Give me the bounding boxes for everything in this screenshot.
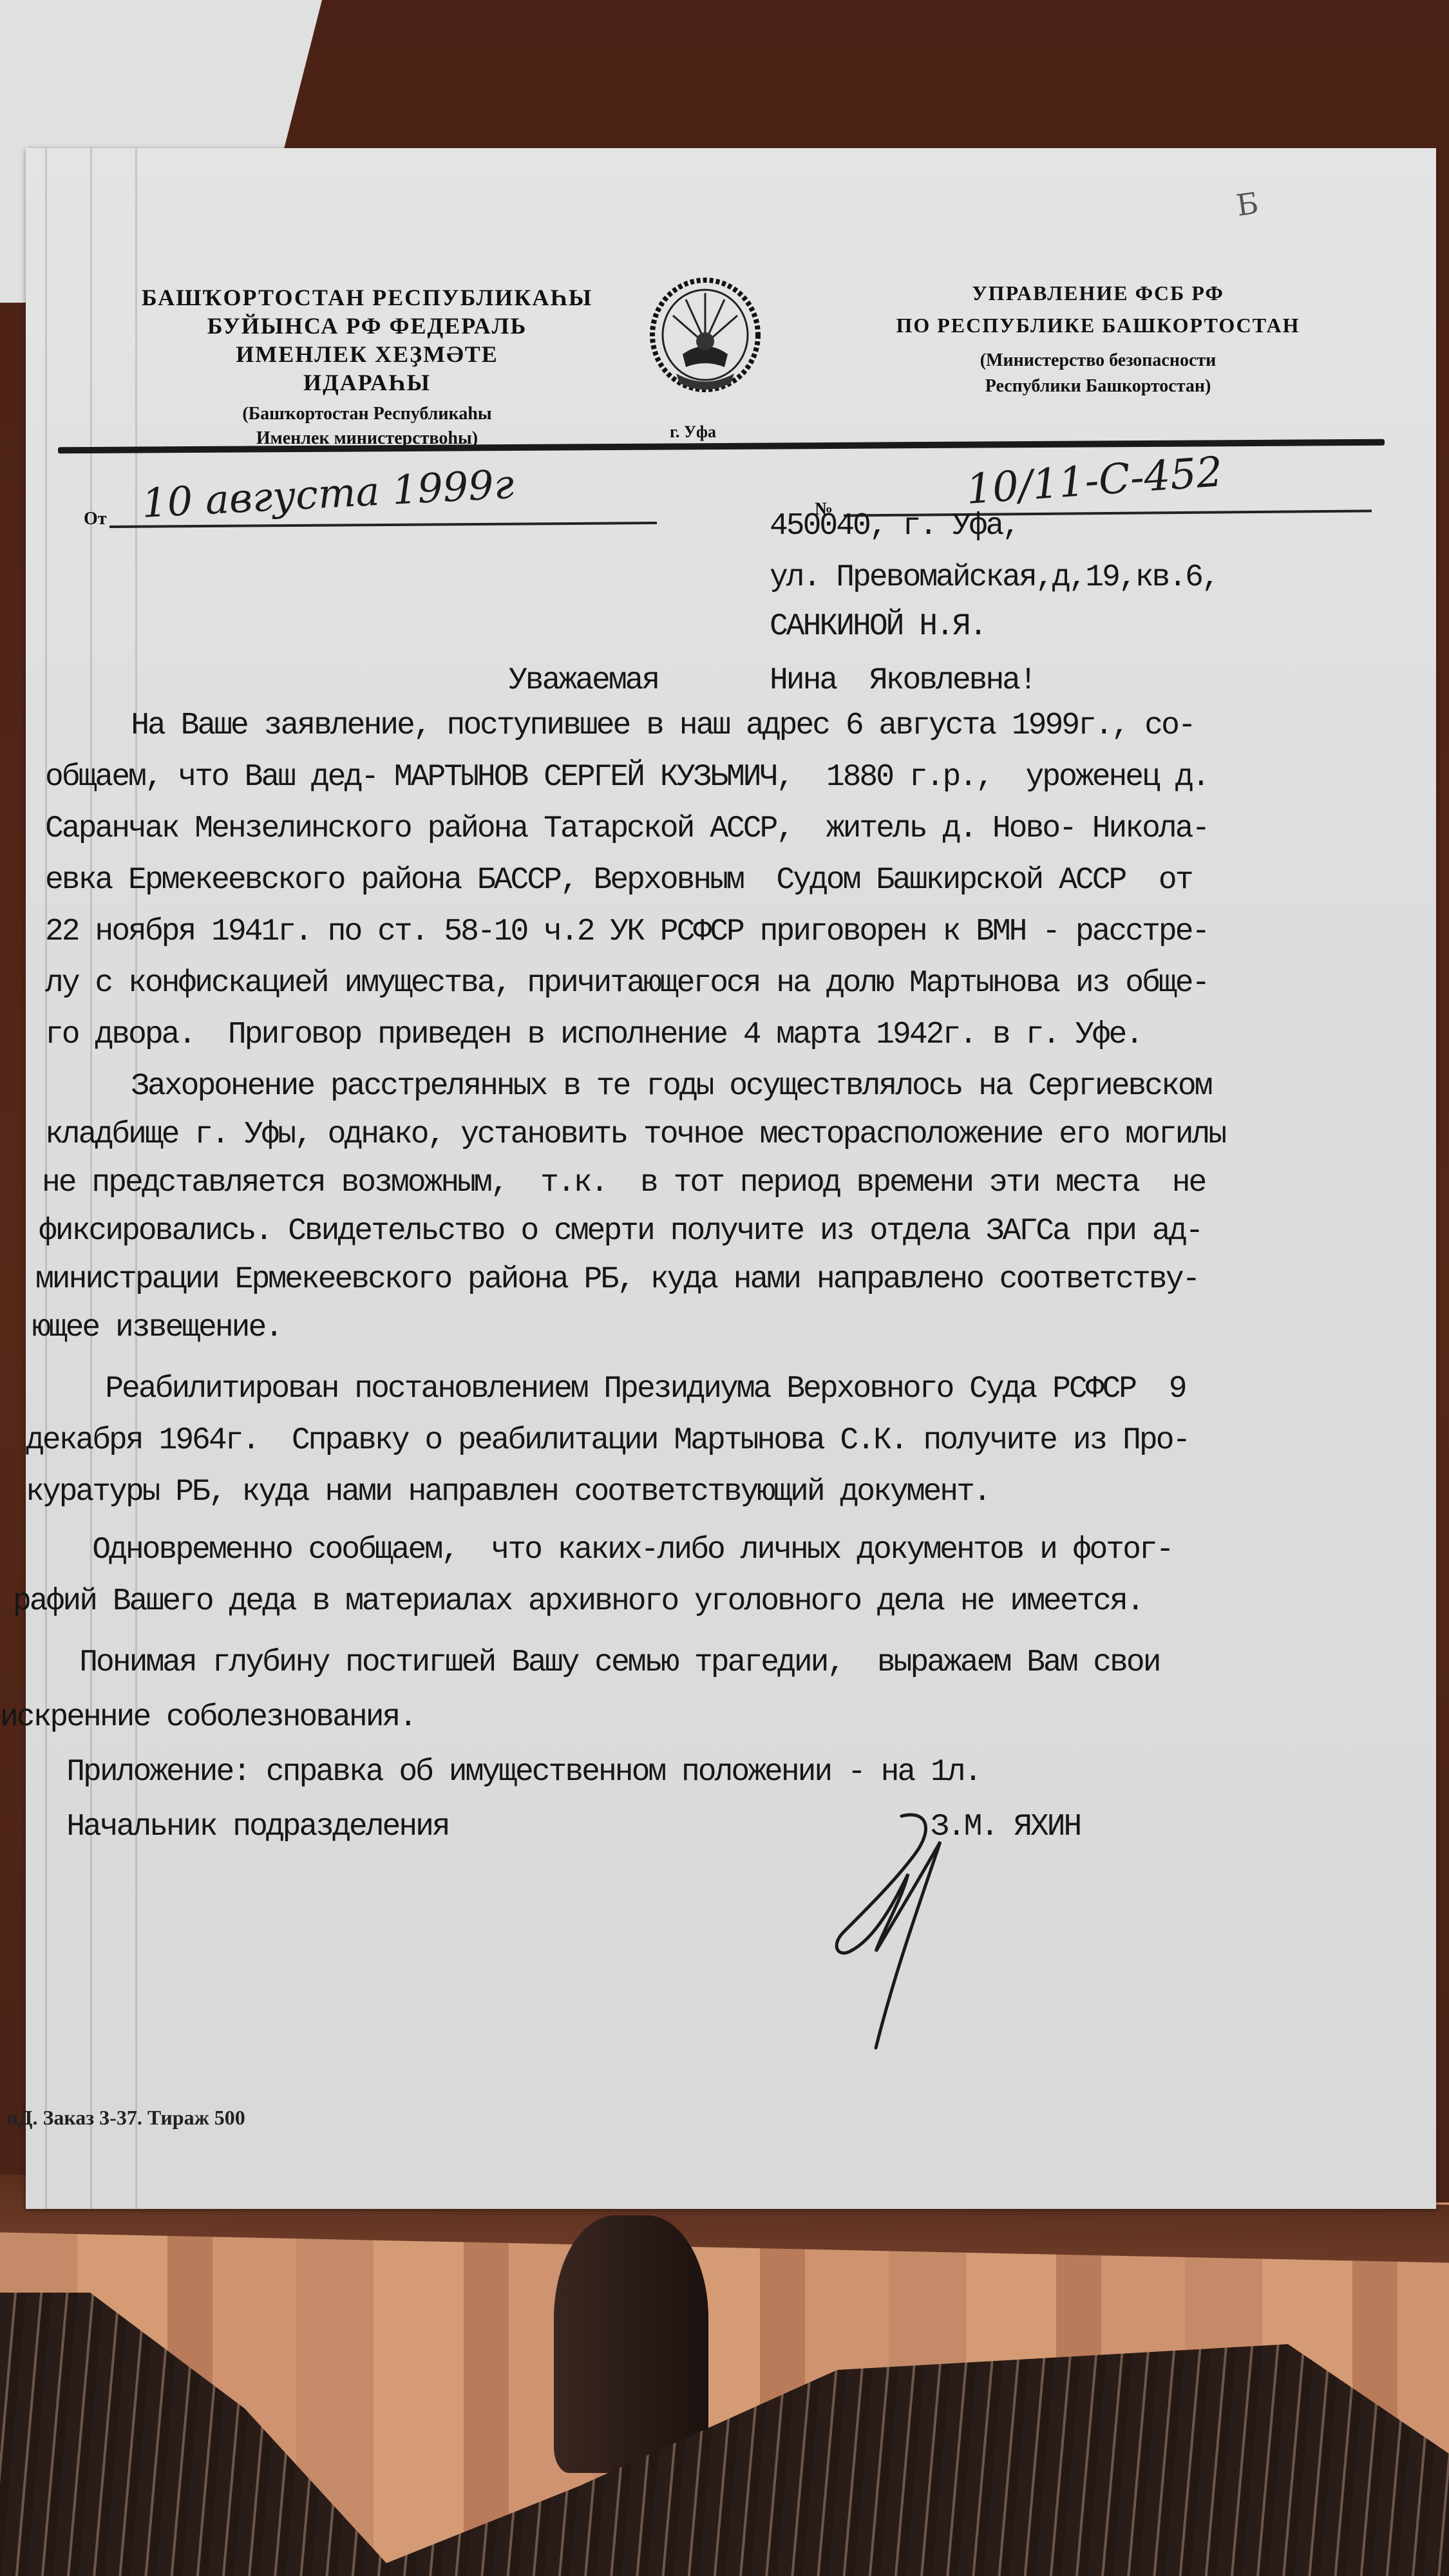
body-line: Саранчак Мензелинского района Татарской … xyxy=(45,811,1208,846)
letterhead-left-line: БАШҠОРТОСТАН РЕСПУБЛИКАҺЫ xyxy=(103,283,631,312)
letterhead-right-line: ПО РЕСПУБЛИКЕ БАШКОРТОСТАН xyxy=(824,309,1372,341)
letter-sheet: Б БАШҠОРТОСТАН РЕСПУБЛИКАҺЫ БУЙЫНСА РФ Ф… xyxy=(26,148,1436,2209)
letterhead-left: БАШҠОРТОСТАН РЕСПУБЛИКАҺЫ БУЙЫНСА РФ ФЕД… xyxy=(103,283,631,451)
body-line: Понимая глубину постигшей Вашу семью тра… xyxy=(13,1645,1160,1680)
body-line: Одновременно сообщаем, что каких-либо ли… xyxy=(26,1533,1173,1567)
body-line: го двора. Приговор приведен в исполнение… xyxy=(45,1018,1142,1052)
handwritten-corner-mark: Б xyxy=(1234,185,1260,223)
letterhead-right-line: УПРАВЛЕНИЕ ФСБ РФ xyxy=(824,277,1372,309)
body-line: декабря 1964г. Справку о реабилитации Ма… xyxy=(26,1423,1189,1458)
body-line: Захоронение расстрелянных в те годы осущ… xyxy=(64,1069,1211,1104)
print-run-info: иД. Заказ 3-37. Тираж 500 xyxy=(6,2106,245,2130)
body-line: искренние соболезнования. xyxy=(0,1700,415,1735)
letterhead-right-subline: (Министерство безопасности xyxy=(824,348,1372,374)
address-line: САНКИНОЙ Н.Я. xyxy=(770,609,985,644)
signature-icon xyxy=(805,1803,998,2061)
body-line: Реабилитирован постановлением Президиума… xyxy=(39,1372,1186,1406)
body-line: не представляется возможным, т.к. в тот … xyxy=(42,1166,1205,1200)
body-line: рафий Вашего деда в материалах архивного… xyxy=(13,1584,1143,1619)
letterhead-left-line: ИДАРАҺЫ xyxy=(103,368,631,397)
body-line: На Ваше заявление, поступившее в наш адр… xyxy=(64,708,1195,743)
letterhead-right: УПРАВЛЕНИЕ ФСБ РФ ПО РЕСПУБЛИКЕ БАШКОРТО… xyxy=(824,277,1372,399)
city-label: г. Уфа xyxy=(670,422,716,442)
coat-of-arms-icon xyxy=(647,277,763,399)
body-line: фиксировались. Свидетельство о смерти по… xyxy=(39,1214,1202,1249)
salutation-right: Нина Яковлевна! xyxy=(770,663,1036,698)
address-line: 450040, г. Уфа, xyxy=(770,509,1019,544)
body-line: 22 ноября 1941г. по ст. 58-10 ч.2 УК РСФ… xyxy=(45,914,1208,949)
body-line: кладбище г. Уфы, однако, установить точн… xyxy=(45,1117,1225,1152)
letterhead-left-line: БУЙЫНСА РФ ФЕДЕРАЛЬ xyxy=(103,312,631,340)
body-line: лу с конфискацией имущества, причитающег… xyxy=(45,966,1208,1001)
letterhead-right-subline: Республики Башкортостан) xyxy=(824,374,1372,399)
body-line: министрации Ермекеевского района РБ, куд… xyxy=(35,1262,1198,1297)
body-line: ющее извещение. xyxy=(32,1311,281,1345)
body-line: евка Ермекеевского района БАССР, Верховн… xyxy=(45,863,1192,898)
from-label: От xyxy=(84,509,107,529)
salutation-left: Уважаемая xyxy=(509,663,658,698)
handwritten-reference-number: 10/11-С-452 xyxy=(965,448,1224,514)
letterhead-left-line: ИМЕНЛЕК ХЕҘМӘТЕ xyxy=(103,340,631,368)
body-line: куратуры РБ, куда нами направлен соответ… xyxy=(26,1475,990,1510)
table-leg xyxy=(554,2215,708,2473)
body-line: Приложение: справка об имущественном пол… xyxy=(0,1755,980,1790)
address-line: ул. Превомайская,д,19,кв.6, xyxy=(770,560,1218,595)
body-line: общаем, что Ваш дед- МАРТЫНОВ СЕРГЕЙ КУЗ… xyxy=(45,760,1208,795)
handwritten-date: 10 августа 1999г xyxy=(140,460,515,527)
letterhead-left-subline: (Башҡортостан Республикаһы xyxy=(103,402,631,426)
